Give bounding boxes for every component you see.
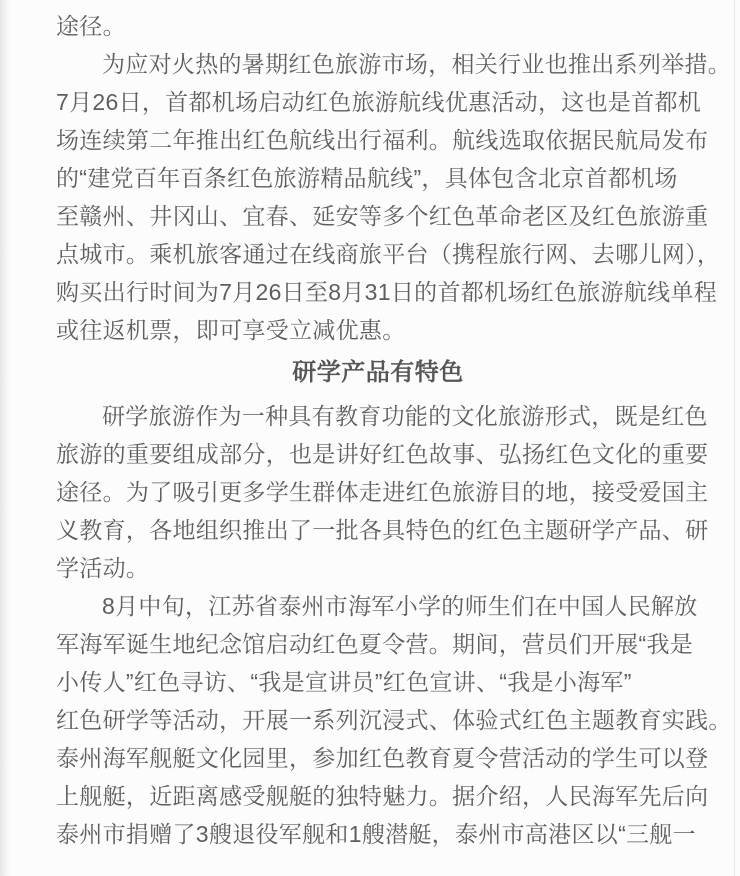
- article-body: 途径。 为应对火热的暑期红色旅游市场，相关行业也推出系列举措。 7月26日，首都…: [0, 0, 740, 853]
- article-line: 或往返机票，即可享受立减优惠。: [56, 311, 700, 349]
- article-line: 途径。: [56, 7, 700, 45]
- article-line: 8月中旬，江苏省泰州市海军小学的师生们在中国人民解放: [56, 587, 700, 625]
- article-line: 军海军诞生地纪念馆启动红色夏令营。期间，营员们开展“我是: [56, 625, 700, 663]
- article-line: 研学旅游作为一种具有教育功能的文化旅游形式，既是红色: [56, 397, 700, 435]
- article-page: 途径。 为应对火热的暑期红色旅游市场，相关行业也推出系列举措。 7月26日，首都…: [0, 0, 740, 876]
- article-line: 7月26日，首都机场启动红色旅游航线优惠活动，这也是首都机: [56, 83, 700, 121]
- article-line: 旅游的重要组成部分，也是讲好红色故事、弘扬红色文化的重要: [56, 435, 700, 473]
- article-line: 途径。为了吸引更多学生群体走进红色旅游目的地，接受爱国主: [56, 473, 700, 511]
- article-line: 的“建党百年百条红色旅游精品航线”，具体包含北京首都机场: [56, 159, 700, 197]
- article-line: 小传人”红色寻访、“我是宣讲员”红色宣讲、“我是小海军”: [56, 663, 700, 701]
- article-line: 上舰艇，近距离感受舰艇的独特魅力。据介绍，人民海军先后向: [56, 777, 700, 815]
- article-line: 购买出行时间为7月26日至8月31日的首都机场红色旅游航线单程: [56, 273, 700, 311]
- article-line: 点城市。乘机旅客通过在线商旅平台（携程旅行网、去哪儿网），: [56, 235, 700, 273]
- article-line: 为应对火热的暑期红色旅游市场，相关行业也推出系列举措。: [56, 45, 700, 83]
- article-line: 场连续第二年推出红色航线出行福利。航线选取依据民航局发布: [56, 121, 700, 159]
- article-line: 义教育，各地组织推出了一批各具特色的红色主题研学产品、研: [56, 511, 700, 549]
- article-line: 泰州市捐赠了3艘退役军舰和1艘潜艇，泰州市高港区以“三舰一: [56, 815, 700, 853]
- article-line: 泰州海军舰艇文化园里，参加红色教育夏令营活动的学生可以登: [56, 739, 700, 777]
- article-line: 至赣州、井冈山、宜春、延安等多个红色革命老区及红色旅游重: [56, 197, 700, 235]
- article-line: 学活动。: [56, 549, 700, 587]
- section-heading: 研学产品有特色: [56, 354, 700, 392]
- article-line: 红色研学等活动，开展一系列沉浸式、体验式红色主题教育实践。: [56, 701, 700, 739]
